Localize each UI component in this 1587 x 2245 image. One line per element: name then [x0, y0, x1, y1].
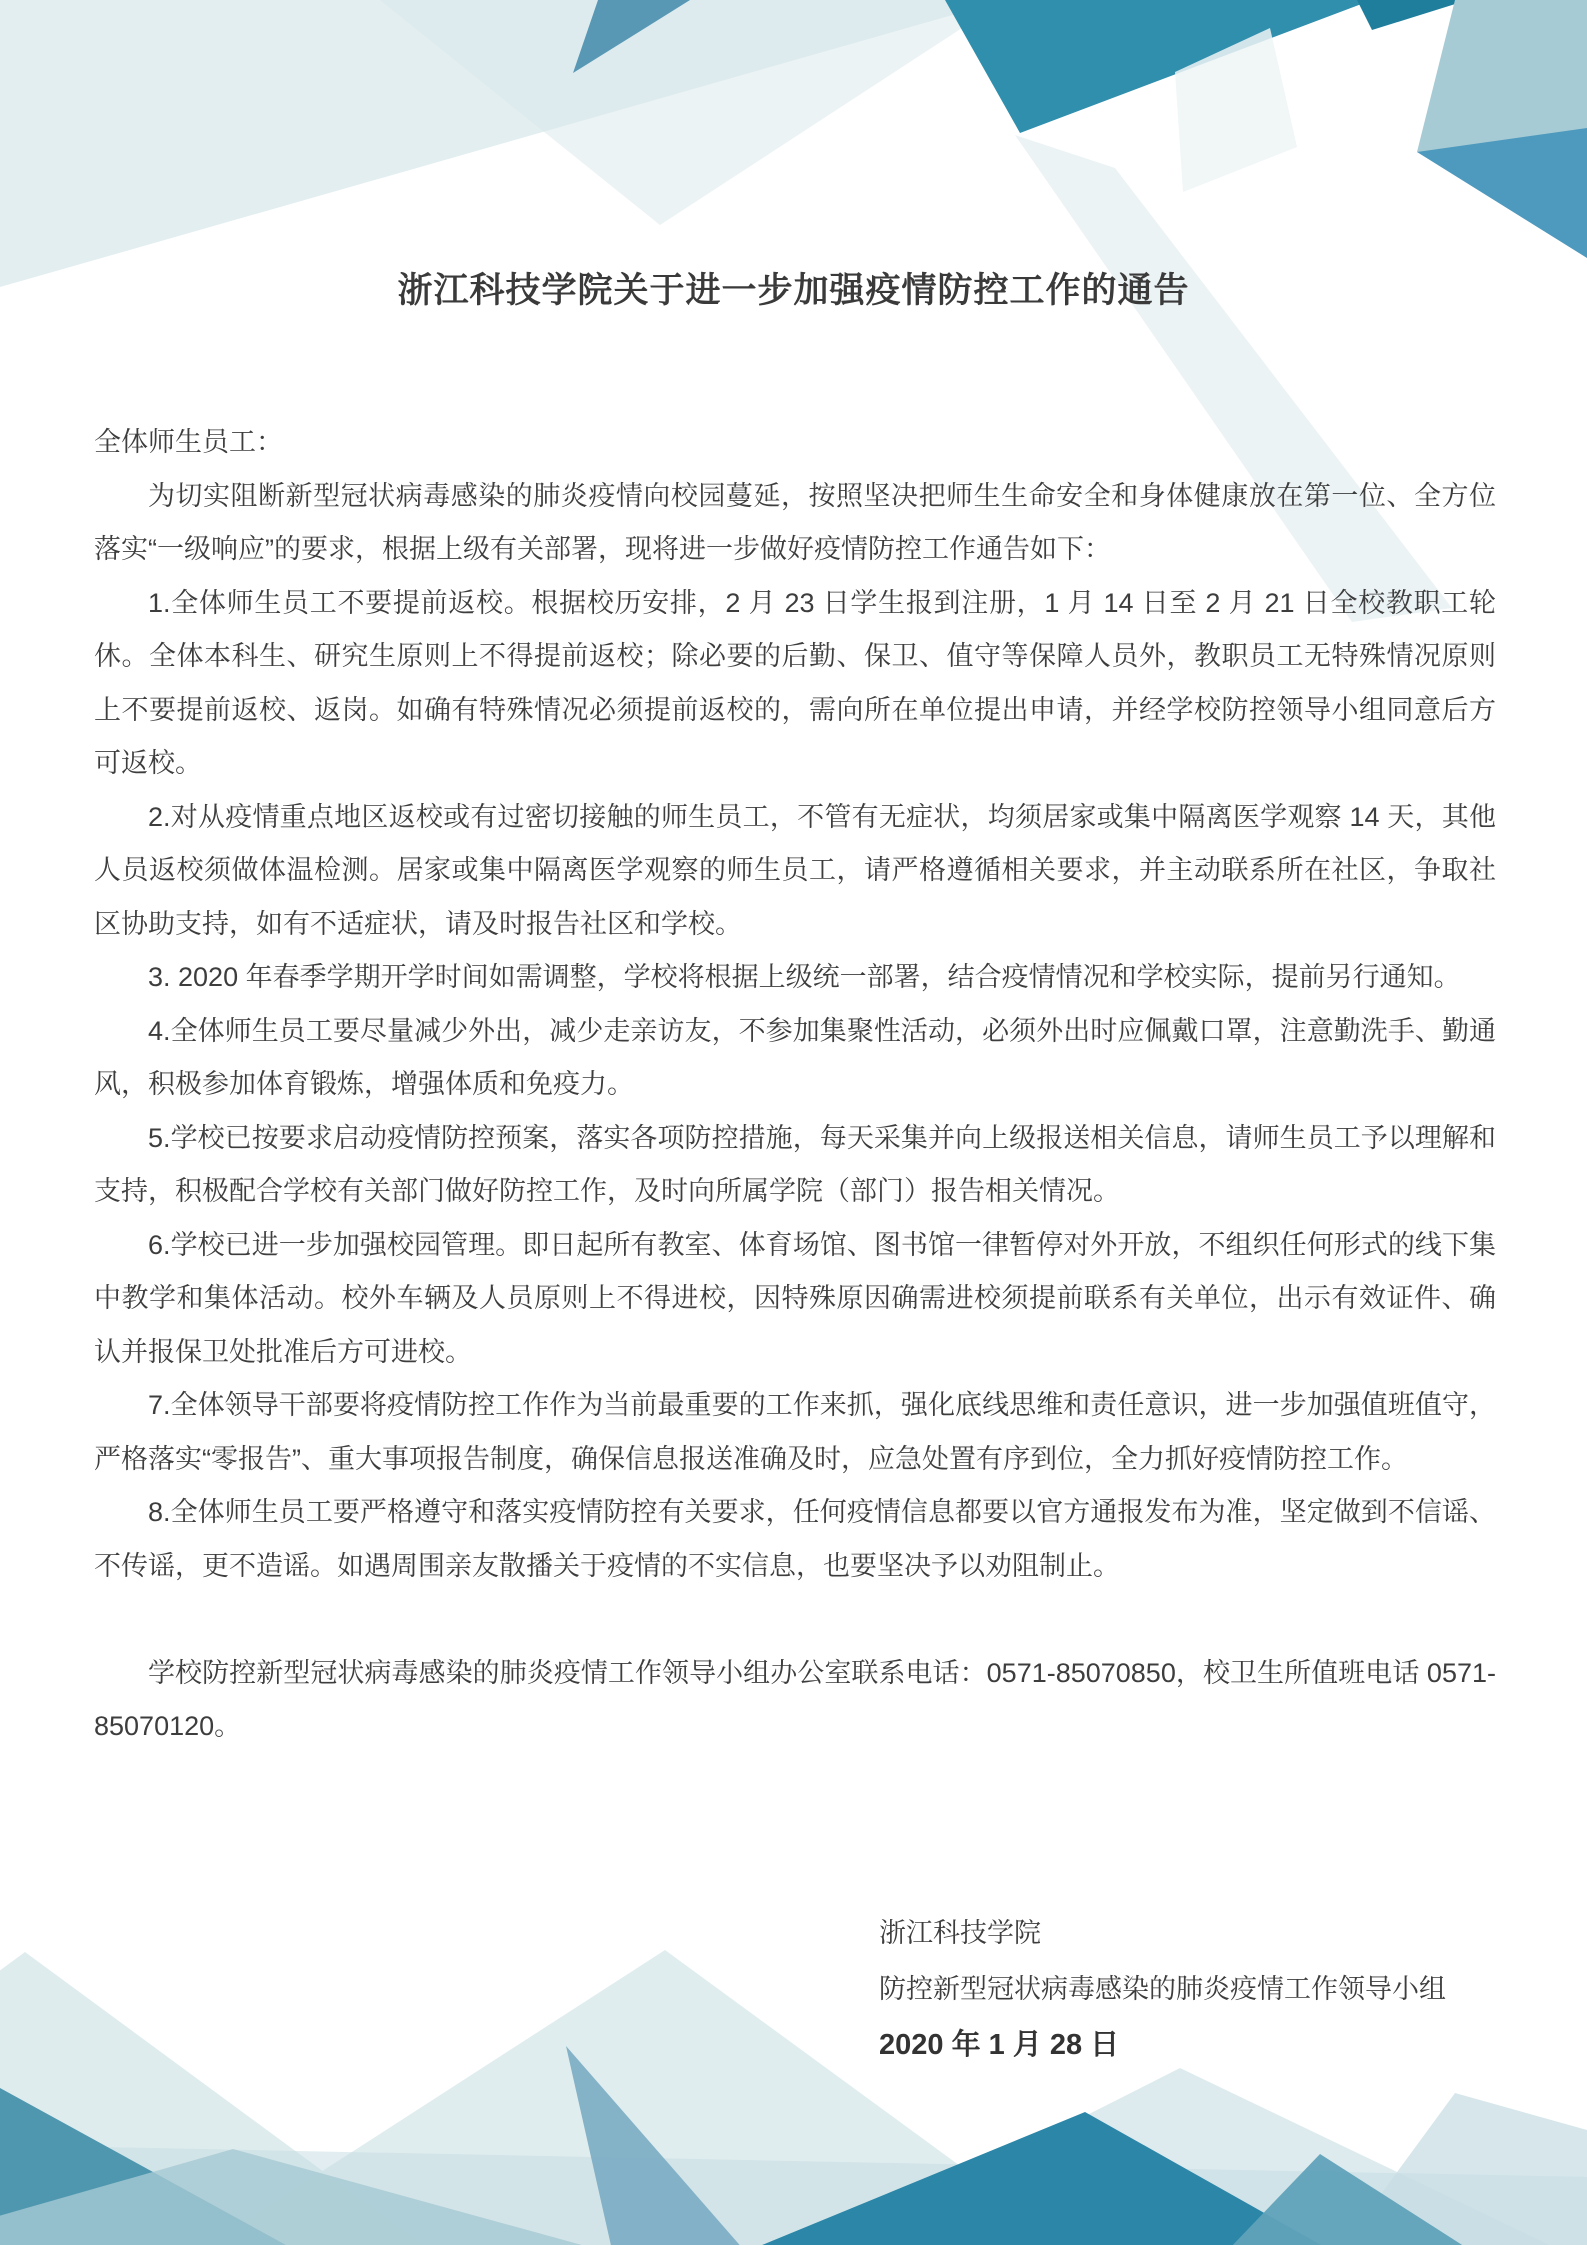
notice-paragraph-4: 4.全体师生员工要尽量减少外出，减少走亲访友，不参加集聚性活动，必须外出时应佩戴… [94, 1005, 1496, 1112]
notice-paragraph-1: 1.全体师生员工不要提前返校。根据校历安排，2 月 23 日学生报到注册，1 月… [94, 577, 1496, 791]
notice-paragraph-5: 5.学校已按要求启动疫情防控预案，落实各项防控措施，每天采集并向上级报送相关信息… [94, 1112, 1496, 1219]
notice-paragraph-7: 7.全体领导干部要将疫情防控工作作为当前最重要的工作来抓，强化底线思维和责任意识… [94, 1379, 1496, 1486]
salutation: 全体师生员工： [94, 416, 1496, 470]
top-right-light-polygon [1417, 0, 1587, 158]
notice-paragraph-6: 6.学校已进一步加强校园管理。即日起所有教室、体育场馆、图书馆一律暂停对外开放，… [94, 1219, 1496, 1380]
bottom-teal-spike [566, 2046, 744, 2245]
top-left-pale-triangle [0, 0, 1005, 287]
bottom-right-light-mountain [820, 2068, 1560, 2245]
notice-title: 浙江科技学院关于进一步加强疫情防控工作的通告 [0, 263, 1587, 313]
notice-paragraph-3: 3. 2020 年春季学期开学时间如需调整，学校将根据上级统一部署，结合疫情情况… [94, 951, 1496, 1005]
bottom-dark-teal-mountain [750, 2112, 1330, 2245]
top-small-teal-triangle [573, 0, 690, 73]
bottom-right-corner-polygon [1340, 2093, 1587, 2245]
top-darker-wedge [1357, 0, 1468, 30]
notice-paragraph-2: 2.对从疫情重点地区返校或有过密切接触的师生员工，不管有无症状，均须居家或集中隔… [94, 791, 1496, 952]
signature-date: 2020 年 1 月 28 日 [879, 2017, 1446, 2073]
top-pale-parallelogram [1175, 28, 1297, 192]
top-dark-teal-triangle [945, 0, 1372, 133]
bottom-left-dark-triangle [0, 2088, 295, 2245]
bottom-far-left-light-mountain [0, 1952, 430, 2245]
bottom-medium-teal-mountain [1228, 2154, 1470, 2245]
notice-paragraph-intro: 为切实阻断新型冠状病毒感染的肺炎疫情向校园蔓延，按照坚决把师生生命安全和身体健康… [94, 470, 1496, 577]
bottom-wash-band [0, 2145, 1587, 2245]
top-left-overlay-triangle [380, 0, 1005, 225]
signature-group: 防控新型冠状病毒感染的肺炎疫情工作领导小组 [879, 1961, 1446, 2017]
signature-org: 浙江科技学院 [879, 1905, 1446, 1961]
top-right-blue-triangle [1417, 128, 1587, 258]
signature-block: 浙江科技学院 防控新型冠状病毒感染的肺炎疫情工作领导小组 2020 年 1 月 … [879, 1905, 1446, 2073]
notice-paragraph-8: 8.全体师生员工要严格遵守和落实疫情防控有关要求，任何疫情信息都要以官方通报发布… [94, 1486, 1496, 1593]
contact-info: 学校防控新型冠状病毒感染的肺炎疫情工作领导小组办公室联系电话：0571-8507… [94, 1647, 1496, 1754]
bottom-left-medium-mountain [0, 2149, 600, 2245]
notice-body: 全体师生员工： 为切实阻断新型冠状病毒感染的肺炎疫情向校园蔓延，按照坚决把师生生… [94, 416, 1496, 1754]
